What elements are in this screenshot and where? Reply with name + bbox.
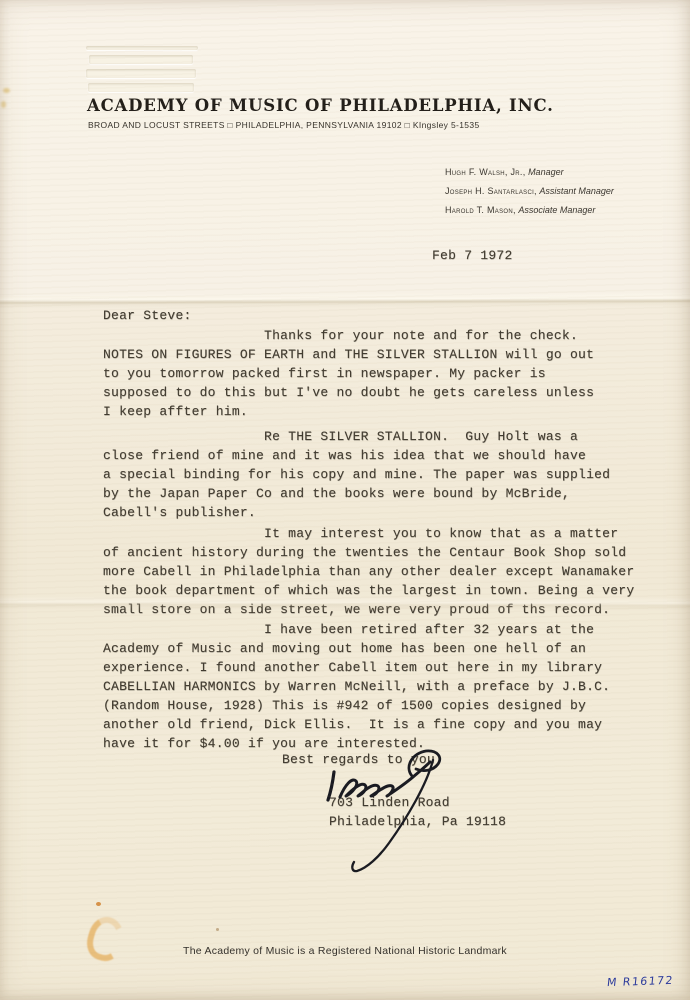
paper-fold-band (0, 0, 690, 296)
seal-line (86, 46, 198, 50)
paper-spot (3, 88, 10, 93)
paragraph-1: Thanks for your note and for the check. … (103, 326, 594, 421)
staff-title: Manager (528, 167, 564, 177)
paragraph-4: I have been retired after 32 years at th… (103, 620, 610, 753)
seal-line (89, 55, 193, 64)
paper-speck (216, 928, 219, 931)
staff-list: Hugh F. Walsh, Jr., Manager Joseph H. Sa… (445, 167, 614, 224)
organization-address: BROAD AND LOCUST STREETS □ PHILADELPHIA,… (88, 120, 480, 130)
staff-name: Harold T. Mason, (445, 205, 516, 215)
staff-entry: Hugh F. Walsh, Jr., Manager (445, 167, 614, 186)
staff-entry: Harold T. Mason, Associate Manager (445, 205, 614, 224)
organization-name: ACADEMY OF MUSIC OF PHILADELPHIA, INC. (87, 96, 554, 115)
salutation: Dear Steve: (103, 306, 192, 325)
paper-spot (1, 101, 6, 108)
paragraph-3: It may interest you to know that as a ma… (103, 524, 634, 619)
paragraph-2: Re THE SILVER STALLION. Guy Holt was a c… (103, 427, 610, 522)
letter-date: Feb 7 1972 (432, 246, 513, 265)
staff-title: Assistant Manager (539, 186, 614, 196)
sender-address: 703 Linden Road Philadelphia, Pa 19118 (329, 793, 506, 831)
staff-name: Hugh F. Walsh, Jr., (445, 167, 526, 177)
staff-title: Associate Manager (518, 205, 595, 215)
staff-entry: Joseph H. Santarlasci, Assistant Manager (445, 186, 614, 205)
seal-line (86, 69, 196, 78)
letter-page: ACADEMY OF MUSIC OF PHILADELPHIA, INC. B… (0, 0, 690, 1000)
stain-c-shape (83, 913, 130, 965)
staff-name: Joseph H. Santarlasci, (445, 186, 537, 196)
catalog-notation: M R16172 (606, 974, 674, 989)
closing-line: Best regards to you (282, 750, 435, 769)
stain-dot (96, 902, 101, 906)
seal-line (88, 83, 194, 92)
